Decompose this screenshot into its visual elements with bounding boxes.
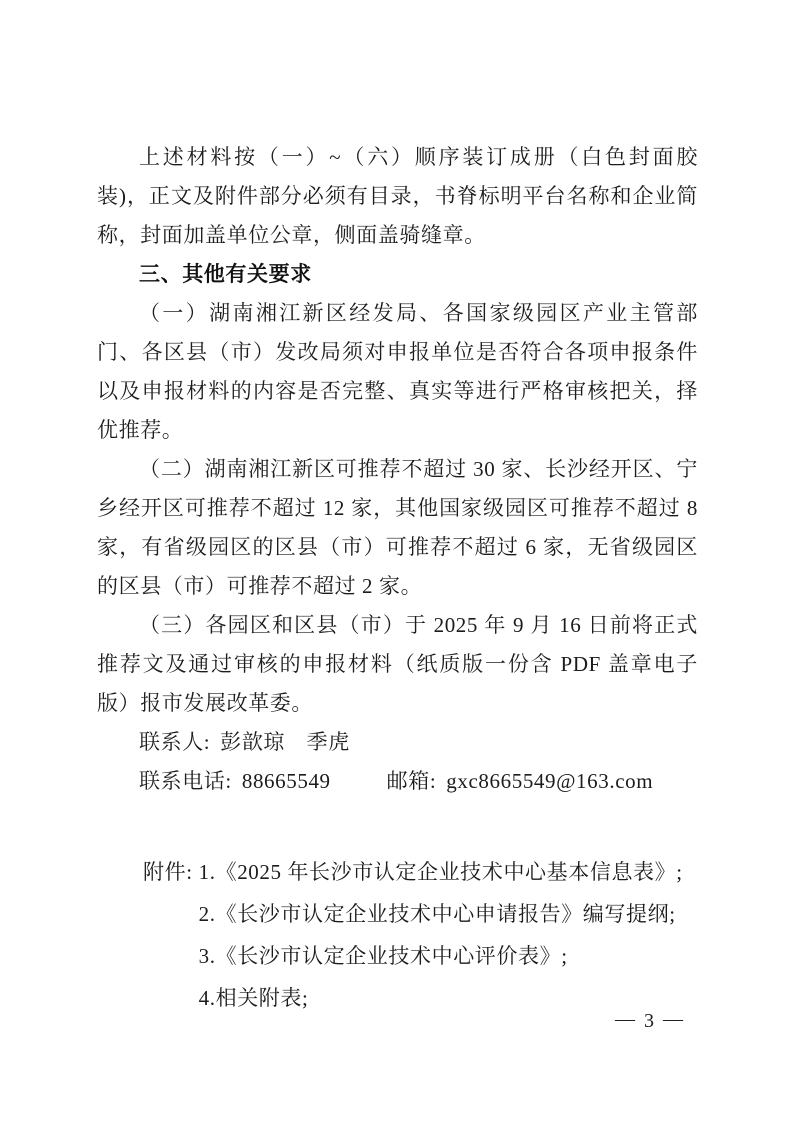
attachment-item-1: 1.《2025 年长沙市认定企业技术中心基本信息表》;: [199, 851, 698, 893]
attachments-block: 附件: 1.《2025 年长沙市认定企业技术中心基本信息表》; 2.《长沙市认定…: [97, 851, 698, 1019]
intro-paragraph: 上述材料按（一）~（六）顺序装订成册（白色封面胶装)，正文及附件部分必须有目录，…: [97, 138, 698, 255]
attachment-item-3: 3.《长沙市认定企业技术中心评价表》;: [199, 935, 698, 977]
document-page: 上述材料按（一）~（六）顺序装订成册（白色封面胶装)，正文及附件部分必须有目录，…: [0, 0, 793, 1122]
contact-email-label: 邮箱:: [387, 769, 437, 793]
footer-left-dash: —: [615, 1008, 635, 1031]
contact-person-line: 联系人:彭歆琼 季虎: [97, 723, 698, 762]
requirement-item-3: （三）各园区和区县（市）于 2025 年 9 月 16 日前将正式推荐文及通过审…: [97, 606, 698, 723]
requirement-item-1: （一）湖南湘江新区经发局、各国家级园区产业主管部门、各区县（市）发改局须对申报单…: [97, 294, 698, 450]
attachments-list: 1.《2025 年长沙市认定企业技术中心基本信息表》; 2.《长沙市认定企业技术…: [199, 851, 698, 1019]
content-area: 上述材料按（一）~（六）顺序装订成册（白色封面胶装)，正文及附件部分必须有目录，…: [97, 138, 698, 1019]
contact-phone-line: 联系电话:88665549邮箱:gxc8665549@163.com: [97, 762, 698, 801]
attachment-item-2: 2.《长沙市认定企业技术中心申请报告》编写提纲;: [199, 893, 698, 935]
section-heading-other-requirements: 三、其他有关要求: [97, 255, 698, 294]
contact-phone-number: 88665549: [242, 769, 331, 793]
footer-right-dash: —: [663, 1008, 683, 1031]
requirement-item-2: （二）湖南湘江新区可推荐不超过 30 家、长沙经开区、宁乡经开区可推荐不超过 1…: [97, 450, 698, 606]
page-footer: —3—: [606, 1010, 692, 1033]
contact-person-label: 联系人:: [139, 730, 210, 754]
contact-phone-label: 联系电话:: [139, 769, 232, 793]
attachments-label: 附件:: [143, 851, 193, 1019]
contact-email-value: gxc8665549@163.com: [446, 769, 653, 793]
footer-page-number: 3: [644, 1010, 654, 1032]
contact-person-names: 彭歆琼 季虎: [220, 730, 350, 754]
